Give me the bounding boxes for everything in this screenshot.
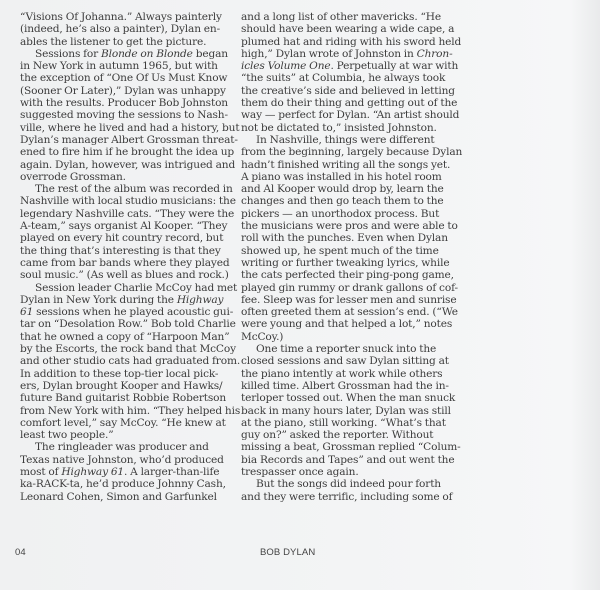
text-line: the thing that’s interesting is that the… bbox=[20, 245, 232, 257]
text-line: at the piano, still working. “What’s tha… bbox=[241, 417, 453, 429]
text-line: terloper tossed out. When the man snuck bbox=[241, 392, 453, 404]
text-line: from the beginning, largely because Dyla… bbox=[241, 146, 453, 158]
text-line: fee. Sleep was for lesser men and sunris… bbox=[241, 294, 453, 306]
text-line: plumed hat and riding with his sword hel… bbox=[241, 36, 453, 48]
text-line: McCoy.) bbox=[241, 331, 453, 343]
text-line: Texas native Johnston, who’d produced bbox=[20, 454, 232, 466]
text-line: them do their thing and getting out of t… bbox=[241, 97, 453, 109]
text-line: that he owned a copy of “Harpoon Man” bbox=[20, 331, 232, 343]
text-line: Leonard Cohen, Simon and Garfunkel bbox=[20, 491, 232, 503]
text-line: the exception of “One Of Us Must Know bbox=[20, 72, 232, 84]
text-line: soul music.” (As well as blues and rock.… bbox=[20, 269, 232, 281]
paragraph-start-line: One time a reporter snuck into the bbox=[241, 343, 453, 355]
paragraph-start-line: But the songs did indeed pour forth bbox=[241, 478, 453, 490]
book-title-italic: Chron- bbox=[417, 48, 453, 60]
text-line: “Visions Of Johanna.” Always painterly bbox=[20, 11, 232, 23]
text-line: played gin rummy or drank gallons of cof… bbox=[241, 282, 453, 294]
text-segment: Dylan in New York during the bbox=[20, 294, 177, 306]
text-line: in New York in autumn 1965, but with bbox=[20, 60, 232, 72]
right-text-column: and a long list of other mavericks. “He … bbox=[241, 11, 453, 503]
text-segment: . A larger-than-life bbox=[124, 466, 219, 478]
text-line: future Band guitarist Robbie Robertson bbox=[20, 392, 232, 404]
page-number: 04 bbox=[15, 547, 26, 558]
text-line: ables the listener to get the picture. bbox=[20, 36, 232, 48]
text-line: comfort level,” say McCoy. “He knew at bbox=[20, 417, 232, 429]
text-line: Nashville with local studio musicians: t… bbox=[20, 195, 232, 207]
paragraph-start-line: Sessions for Blonde on Blonde began bbox=[20, 48, 232, 60]
text-line: (indeed, he’s also a painter), Dylan en- bbox=[20, 23, 232, 35]
text-line: and they were terrific, including some o… bbox=[241, 491, 453, 503]
text-segment: . Perpetually at war with bbox=[331, 60, 459, 72]
text-line: overrode Grossman. bbox=[20, 171, 232, 183]
album-title-italic: Highway bbox=[177, 294, 224, 306]
text-line: missing a beat, Grossman replied “Colum- bbox=[241, 441, 453, 453]
text-line: ers, Dylan brought Kooper and Hawks/ bbox=[20, 380, 232, 392]
text-line: “the suits” at Columbia, he always took bbox=[241, 72, 453, 84]
text-line: ka-RACK-ta, he’d produce Johnny Cash, bbox=[20, 478, 232, 490]
text-line: tar on “Desolation Row.” Bob told Charli… bbox=[20, 318, 232, 330]
paragraph-start-line: The ringleader was producer and bbox=[20, 441, 232, 453]
text-line: Dylan in New York during the Highway bbox=[20, 294, 232, 306]
text-line: from New York with him. “They helped his bbox=[20, 405, 232, 417]
text-line: and a long list of other mavericks. “He bbox=[241, 11, 453, 23]
text-line: A piano was installed in his hotel room bbox=[241, 171, 453, 183]
text-line: came from bar bands where they played bbox=[20, 257, 232, 269]
booklet-page: “Visions Of Johanna.” Always painterly (… bbox=[0, 0, 600, 590]
text-line: and Al Kooper would drop by, learn the bbox=[241, 183, 453, 195]
text-segment: Sessions for bbox=[35, 48, 101, 60]
text-line: by the Escorts, the rock band that McCoy bbox=[20, 343, 232, 355]
text-line: pickers — an unorthodox process. But bbox=[241, 208, 453, 220]
text-line: ened to fire him if he brought the idea … bbox=[20, 146, 232, 158]
paragraph-start-line: Session leader Charlie McCoy had met bbox=[20, 282, 232, 294]
text-line: closed sessions and saw Dylan sitting at bbox=[241, 355, 453, 367]
text-line: changes and then go teach them to the bbox=[241, 195, 453, 207]
paragraph-start-line: In Nashville, things were different bbox=[241, 134, 453, 146]
text-segment: most of bbox=[20, 466, 61, 478]
text-line: (Sooner Or Later),” Dylan was unhappy bbox=[20, 85, 232, 97]
text-line: Dylan’s manager Albert Grossman threat- bbox=[20, 134, 232, 146]
text-line: killed time. Albert Grossman had the in- bbox=[241, 380, 453, 392]
text-line: way — perfect for Dylan. “An artist shou… bbox=[241, 109, 453, 121]
text-line: showed up, he spent much of the time bbox=[241, 245, 453, 257]
text-line: roll with the punches. Even when Dylan bbox=[241, 232, 453, 244]
text-line: should have been wearing a wide cape, a bbox=[241, 23, 453, 35]
text-line: the cats perfected their ping-pong game, bbox=[241, 269, 453, 281]
text-line: the musicians were pros and were able to bbox=[241, 220, 453, 232]
text-line: played on every hit country record, but bbox=[20, 232, 232, 244]
text-line: back in many hours later, Dylan was stil… bbox=[241, 405, 453, 417]
text-line: most of Highway 61. A larger-than-life bbox=[20, 466, 232, 478]
album-title-italic: Blonde on Blonde bbox=[101, 48, 193, 60]
text-line: the creative’s side and believed in lett… bbox=[241, 85, 453, 97]
album-title-italic: 61 bbox=[20, 306, 33, 318]
left-text-column: “Visions Of Johanna.” Always painterly (… bbox=[20, 11, 232, 503]
text-line: trespasser once again. bbox=[241, 466, 453, 478]
text-line: bia Records and Tapes” and out went the bbox=[241, 454, 453, 466]
text-line: were young and that helped a lot,” notes bbox=[241, 318, 453, 330]
paragraph-start-line: The rest of the album was recorded in bbox=[20, 183, 232, 195]
text-line: legendary Nashville cats. “They were the bbox=[20, 208, 232, 220]
text-line: ville, where he lived and had a history,… bbox=[20, 122, 232, 134]
text-segment: began bbox=[193, 48, 228, 60]
running-head: BOB DYLAN bbox=[260, 547, 315, 558]
text-line: In addition to these top-tier local pick… bbox=[20, 368, 232, 380]
text-line: icles Volume One. Perpetually at war wit… bbox=[241, 60, 453, 72]
text-line: again. Dylan, however, was intrigued and bbox=[20, 159, 232, 171]
text-line: the piano intently at work while others bbox=[241, 368, 453, 380]
text-line: hadn’t finished writing all the songs ye… bbox=[241, 159, 453, 171]
text-segment: sessions when he played acoustic gui- bbox=[33, 306, 233, 318]
text-line: writing or further tweaking lyrics, whil… bbox=[241, 257, 453, 269]
text-line: 61 sessions when he played acoustic gui- bbox=[20, 306, 232, 318]
text-line: often greeted them at session’s end. (“W… bbox=[241, 306, 453, 318]
text-line: high,” Dylan wrote of Johnston in Chron- bbox=[241, 48, 453, 60]
text-line: A-team,” says organist Al Kooper. “They bbox=[20, 220, 232, 232]
text-line: not be dictated to,” insisted Johnston. bbox=[241, 122, 453, 134]
text-line: suggested moving the sessions to Nash- bbox=[20, 109, 232, 121]
book-title-italic: icles Volume One bbox=[241, 60, 331, 72]
album-title-italic: Highway 61 bbox=[61, 466, 124, 478]
text-line: with the results. Producer Bob Johnston bbox=[20, 97, 232, 109]
text-line: least two people.” bbox=[20, 429, 232, 441]
text-line: guy on?” asked the reporter. Without bbox=[241, 429, 453, 441]
text-line: and other studio cats had graduated from… bbox=[20, 355, 232, 367]
text-segment: high,” Dylan wrote of Johnston in bbox=[241, 48, 417, 60]
